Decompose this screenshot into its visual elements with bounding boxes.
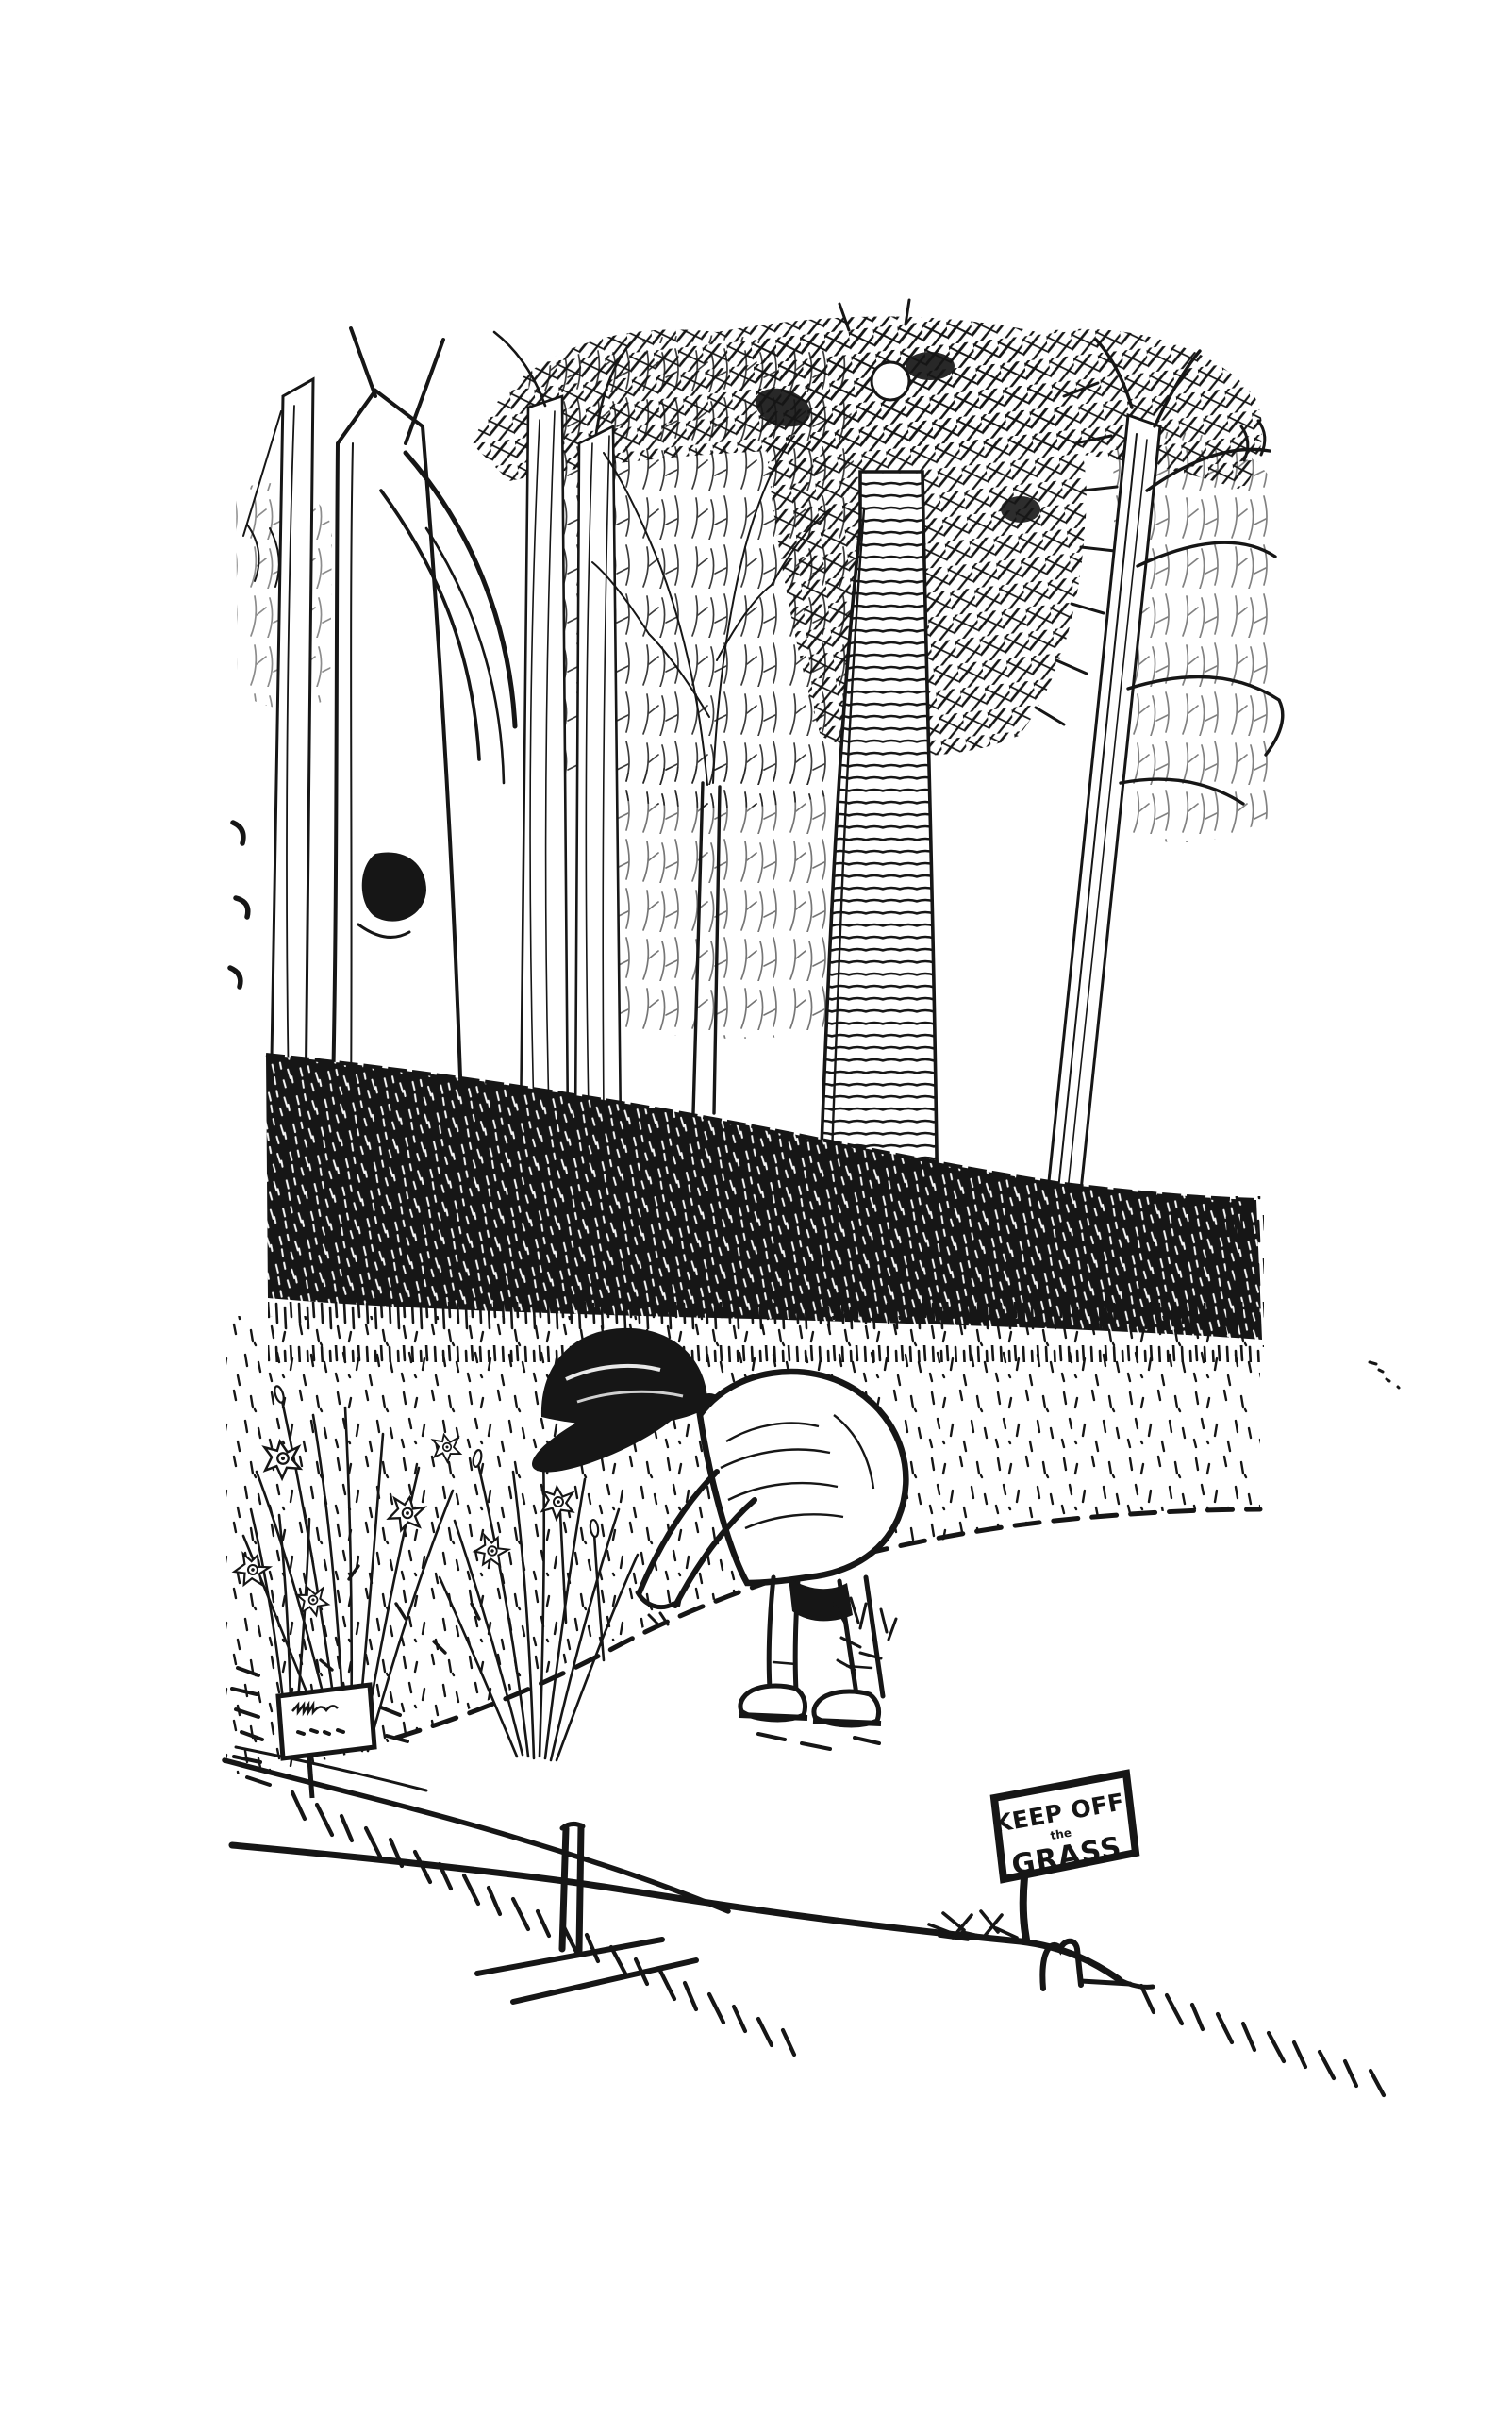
- jacket: [700, 1372, 906, 1583]
- sign-post: [1023, 1877, 1026, 1940]
- illustration: KEEP OFF the GRASS: [0, 0, 1512, 2415]
- book-illustration-page: KEEP OFF the GRASS: [0, 0, 1512, 2415]
